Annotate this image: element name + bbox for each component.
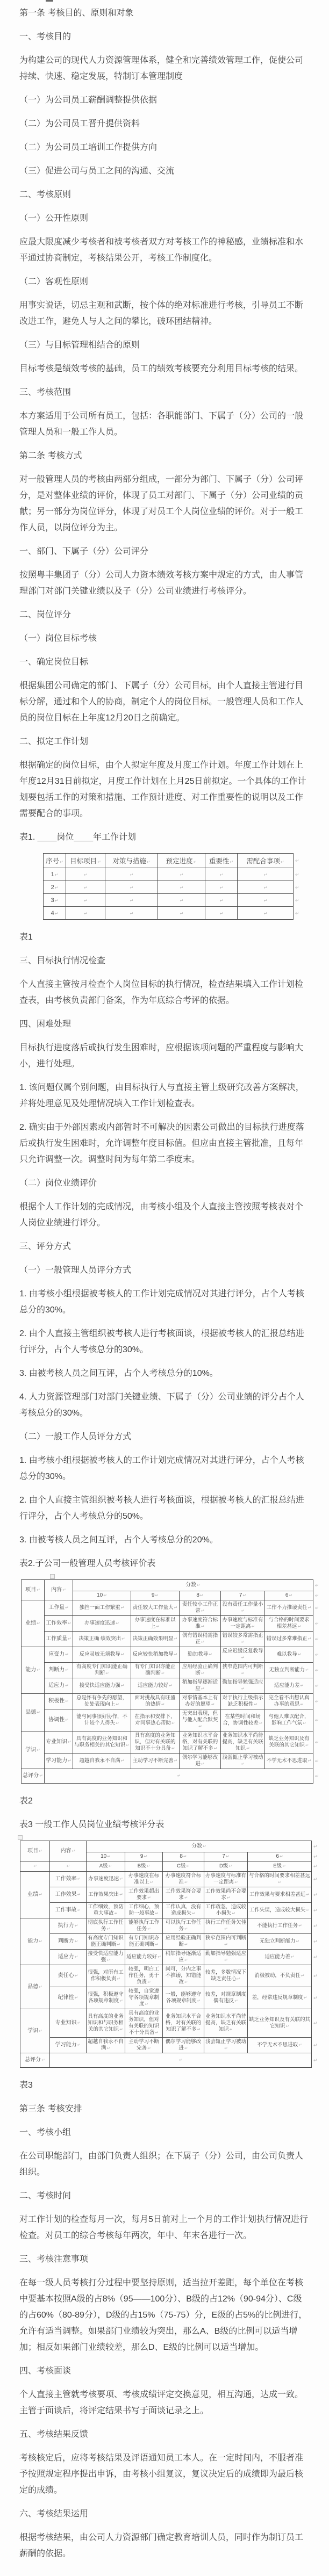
cell: 工作效果与要求相差甚远	[248, 1887, 312, 1903]
row-end-mark	[312, 1887, 319, 1903]
header-cell: 10	[73, 1591, 131, 1600]
cell: 适应能力差	[248, 1950, 312, 1965]
body-paragraph: 根据个人工作计划的完成情况，由考核小组及个人直接主管按照考核表对个人岗位业绩进行…	[19, 1199, 310, 1231]
cell: 稍加指导逐渐适应	[163, 1950, 204, 1965]
cell: 业务知识水平尚待提高，缺乏有关联知识	[204, 2009, 248, 2038]
cell: 没有责任工作量小	[221, 1600, 265, 1616]
cell: 难以教导	[265, 1647, 313, 1663]
label-cell: 工作效果	[50, 1887, 87, 1903]
body-paragraph: 根据考核结果，由公司人力资源部门确定教育培训人员，同时作为制订员工薪酬的依据。	[19, 2530, 310, 2562]
cell: 工作细心，预防一般事故	[125, 1903, 163, 1918]
cell: 执行工作任务欠佳	[204, 1918, 248, 1934]
cell: 主动学习不断完善	[125, 2038, 163, 2053]
table-row: 项目 内容 分数	[22, 1580, 321, 1591]
cell: 4	[44, 907, 66, 920]
table-row: A级 B级 C级 D级 E级	[20, 1861, 319, 1872]
cell	[105, 881, 158, 894]
cell: 对于执行上级指示缺乏积极性	[221, 1694, 265, 1709]
table-row: 工作质量 决策正确 绩效突出 决策正确效果明显 偶有错误稍需指正 错误较多常需指…	[22, 1632, 321, 1647]
row-end-mark	[294, 854, 302, 868]
row-end-mark	[312, 1987, 319, 2009]
document-page: 第一条 考核目的、原则和对象 一、考核目的 为构建公司的现代人力资源管理体系，健…	[0, 0, 329, 2576]
table-row: 能力 执行力 彻底执行工作任务 能够执行工作任务 可以执行工作任务 执行工作任务…	[20, 1918, 319, 1934]
label-cell: 应变力	[45, 1647, 73, 1663]
article-heading: 第二条 考核方式	[19, 448, 310, 464]
section-heading: 一、考核小组	[19, 2125, 310, 2141]
row-end-mark	[313, 1647, 321, 1663]
label-cell: 判断力	[50, 1934, 87, 1950]
body-paragraph: 2. 由个人直接主管组织被考核人进行考核面谈，根据被考核人的汇报总结进行评分，占…	[19, 1492, 310, 1525]
cell: 业务知识水平尚待提高，缺乏有关联知识	[221, 1731, 265, 1754]
cell: 工作效果尚不合要求	[204, 1887, 248, 1903]
row-end-mark	[313, 1754, 321, 1769]
section-heading: 三、考核注意事项	[19, 2252, 310, 2268]
cell: 勤加教导	[180, 1647, 221, 1663]
cell: 工作效果符合要求	[163, 1887, 204, 1903]
cell: 很强，积极遵守各项规章制度	[87, 1987, 125, 2009]
cell: 无突出表现，但与他人配合默契	[180, 1709, 221, 1731]
body-paragraph: 2. 确实由于外部因素或内部暂时不可解决的因素公司做出的目标执行进度落后或执行发…	[19, 1120, 310, 1168]
header-cell: 内容	[50, 1841, 87, 1861]
table-row: 学习能力 超越自我永不自满 主动学习不断完善 偶尔学习能够改进 浅尝辄止学习被动…	[20, 2038, 319, 2053]
total-label-cell: 总评分	[20, 2053, 50, 2068]
section-heading: 一、部门、下属子（分）公司评分	[19, 544, 310, 560]
row-end-mark	[294, 894, 302, 907]
cell: 工作细致，预防重大事故	[87, 1903, 125, 1918]
cell: 1	[44, 868, 66, 881]
group-cell: 业绩	[20, 1872, 50, 1918]
row-end-mark	[294, 881, 302, 894]
cell: 工作疏忽，造成较小损失	[204, 1903, 248, 1918]
row-end-mark	[312, 1950, 319, 1965]
label-cell: 学习能力	[45, 1754, 73, 1769]
grade-cell: B级	[125, 1861, 163, 1872]
header-cell: 序号	[44, 854, 66, 868]
table-row: 协调性 能与同事很好协作，不计较个人得失 在指示和安排下，对同事热心帮助 无突出…	[22, 1709, 321, 1731]
cell: 与合格的时间要求相差甚远	[248, 1872, 312, 1887]
cell: 具有高度的业务知识，但对有关联的知识不十分具备	[131, 1731, 180, 1754]
header-cell: 分数	[73, 1580, 313, 1591]
item-heading: （二）为公司员工培训工作提供方向	[19, 140, 310, 156]
cell: 3	[44, 894, 66, 907]
cell	[238, 881, 294, 894]
item-heading: （二）一般工作人员评分方式	[19, 1429, 310, 1445]
section-heading: 五、考核结果反馈	[19, 2427, 310, 2443]
group-cell: 业绩	[22, 1600, 45, 1647]
header-cell: 目标项目	[66, 854, 105, 868]
cell: 工作效果突出	[87, 1887, 125, 1903]
row-end-mark	[294, 907, 302, 920]
row-end-mark	[313, 1678, 321, 1694]
cell: 办事速度符合标准	[163, 1872, 204, 1887]
row-end-mark	[312, 1852, 319, 1861]
cell: 超越自我永不自满	[87, 2038, 125, 2053]
work-plan-table-wrap: 序号 目标项目 对策与措施 预定进度 重要性 需配合事项 1 2 3	[43, 853, 310, 920]
row-end-mark	[313, 1769, 321, 1784]
body-paragraph: 在公司职能部门，由部门负责人组织；在下属子（分）公司，由公司负责人组织。	[19, 2148, 310, 2181]
cell: 较强，明白工作任务，勇于负责	[125, 1965, 163, 1987]
cell	[205, 881, 238, 894]
label-cell: 判断力	[45, 1663, 73, 1678]
cell: 稍加指导逐渐适应	[180, 1678, 221, 1694]
body-paragraph: 目标考核是绩效考核的基础，员工的绩效考核要充分利用目标考核的结果。	[19, 361, 310, 377]
cell: 办事速度与标准有一定距离	[204, 1872, 248, 1887]
table-row: 总评分	[20, 2053, 319, 2068]
table-row: 学识 专业知识 具有高度的业务知识和与职务相关的其它知识 具有高度的业务知识，但…	[20, 2009, 319, 2038]
item-heading: （二）岗位业绩评价	[19, 1175, 310, 1192]
cell: 决策正确效果明显	[131, 1632, 180, 1647]
cell: 较差，多数情况下缺乏责任心	[204, 1965, 248, 1987]
cell: 主动学习不断完善	[131, 1754, 180, 1769]
cell: 有高度专门知识能正确判断	[73, 1663, 131, 1678]
cell: 可以执行工作任务	[163, 1918, 204, 1934]
cell	[20, 1861, 50, 1872]
row-end-mark	[312, 1872, 319, 1887]
header-cell: 内容	[45, 1580, 73, 1600]
section-heading: 二、岗位评分	[19, 607, 310, 623]
item-heading: （三）促进公司与员工之间的沟通、交流	[19, 163, 310, 179]
cell: 超越自我永不自满	[73, 1754, 131, 1769]
body-paragraph: 为构建公司的现代人力资源管理体系，健全和完善绩效管理工作，促使公司持续、快速、稳…	[19, 53, 310, 85]
cell: 有高度专门知识能正确判断	[87, 1934, 125, 1950]
cell: 工作失误，造成较大损失	[248, 1903, 312, 1918]
cell	[66, 881, 105, 894]
cell: 具有高度的业务知识和与职务相关的其它知识	[73, 1731, 131, 1754]
cell: 办事速度迅速	[73, 1616, 131, 1632]
label-cell: 纪律性	[50, 1987, 87, 2009]
grade-cell: D级	[204, 1861, 248, 1872]
cell: 办事速度在标准以上	[125, 1872, 163, 1887]
cell: 一般，能够遵守各项规章制度	[163, 1987, 204, 2009]
cell: 应用经验正确判断	[163, 1934, 204, 1950]
cell	[158, 907, 205, 920]
total-value-cell	[50, 2053, 312, 2068]
table-row: 学习能力 超越自我永不自满 主动学习不断完善 偶尔学习能够改进 浅尝辄止学习被动…	[22, 1754, 321, 1769]
cell: 完全看不出想认真办事的意思	[265, 1694, 313, 1709]
body-paragraph: 根据确定的岗位目标，由个人拟定年度及月度工作计划。年度工作计划在上年度12月31…	[19, 757, 310, 822]
label-cell: 工作量	[45, 1600, 73, 1616]
section-heading: 三、考核范围	[19, 385, 310, 401]
cell: 尚可，分内之事不推诿，知错能改	[163, 1965, 204, 1987]
header-cell: 需配合事项	[238, 854, 294, 868]
header-cell: 对策与措施	[105, 854, 158, 868]
cell: 工作不力推诿责任	[265, 1600, 313, 1616]
cell: 与他人难以配合，影响工作气氛	[265, 1709, 313, 1731]
cell: 不能执行工作任务	[248, 1918, 312, 1934]
section-heading: 三、评分方式	[19, 1239, 310, 1255]
cell: 彻底执行工作任务	[87, 1918, 125, 1934]
cell	[238, 907, 294, 920]
cell: 总是怀有争先的愿望，处处表现向上	[73, 1694, 131, 1709]
header-cell: 分数	[87, 1841, 312, 1852]
label-cell: 适应力	[50, 1950, 87, 1965]
cell	[66, 894, 105, 907]
cell: 反应迟缓反复教导	[221, 1647, 265, 1663]
table-row: 1	[44, 868, 302, 881]
row-end-mark	[313, 1632, 321, 1647]
table-row: 纪律性 很强，积极遵守各项规章制度 较强，自觉遵守各项规章制度 一般，能够遵守各…	[20, 1987, 319, 2009]
label-cell: 工作事故	[50, 1903, 87, 1918]
cell: 勤加指导勉强适应	[221, 1678, 265, 1694]
cell: 办事速度迅速	[87, 1872, 125, 1887]
work-plan-table: 序号 目标项目 对策与措施 预定进度 重要性 需配合事项 1 2 3	[43, 853, 302, 920]
body-paragraph: 考核核定后，应将考核结果及评语通知员工本人。在一定时间内，不服者准予按照规定程序…	[19, 2450, 310, 2499]
body-paragraph: 本方案适用于公司所有员工，包括：各职能部门、下属子（分）公司的一般管理人员和一般…	[19, 408, 310, 441]
cell: 在指示和安排下，对同事热心帮助	[131, 1709, 180, 1731]
table-caption: 表2	[19, 1793, 310, 1809]
row-end-mark	[312, 2038, 319, 2053]
row-end-mark	[312, 1965, 319, 1987]
table-row: 判断力 有高度专门知识能正确判断 有专门知识亦能正确判断 应用经验正确判断 狭窄…	[22, 1663, 321, 1678]
cell	[238, 868, 294, 881]
header-cell: 6	[248, 1852, 312, 1861]
label-cell: 工作效率	[45, 1616, 73, 1632]
cell: 在某些时间和场合，协调性较差	[221, 1709, 265, 1731]
header-cell: 6	[265, 1591, 313, 1600]
table-row: 业绩 工作量 独挡一面工作繁重 责任较大工作量大 责任较小工作正常 没有责任工作…	[22, 1600, 321, 1616]
table-caption: 表1	[19, 929, 310, 946]
cell: 浅尝辄止学习被动	[204, 2038, 248, 2053]
header-cell: 10	[87, 1852, 125, 1861]
cell: 较强，自觉遵守各项规章制度	[125, 1987, 163, 2009]
cell: 具有高度的业务知识，但对有关联的知识不十分具备	[125, 2009, 163, 2038]
cell: 工作认真，没有造成损失	[163, 1903, 204, 1918]
row-end-mark	[313, 1600, 321, 1616]
row-end-mark	[312, 2053, 319, 2068]
cell: 应用经验正确判断	[180, 1663, 221, 1678]
label-cell: 工作效率	[50, 1872, 87, 1887]
table-anchor-icon	[50, 1574, 55, 1579]
cell	[50, 1861, 87, 1872]
cell: 不学无术不思进取	[265, 1754, 313, 1769]
table-row: 适应力 接受快适应能力强 适应能力较好 稍加指导逐渐适应 勤加指导勉强适应 适应…	[22, 1678, 321, 1694]
label-cell: 执行力	[50, 1918, 87, 1934]
body-paragraph: 用事实说话，切忌主观和武断，按个体的绝对标准进行考核，引导员工不断改进工作，避免…	[19, 298, 310, 330]
cell	[105, 907, 158, 920]
item-heading: （一）岗位目标考核	[19, 631, 310, 647]
table-row: 品德 责任心 很强，对所有工作积极负责 较强，明白工作任务，勇于负责 尚可，分内…	[20, 1965, 319, 1987]
body-paragraph: 4. 人力资源管理部门对部门关键业绩、下属子（分）公司业绩的评分占个人考核总分的…	[19, 1389, 310, 1422]
label-cell: 适应力	[45, 1678, 73, 1694]
header-cell: 项目	[22, 1580, 45, 1600]
table-row: 序号 目标项目 对策与措施 预定进度 重要性 需配合事项	[44, 854, 302, 868]
cell: 与合格的时间要求相差甚远	[265, 1616, 313, 1632]
cell: 2	[44, 881, 66, 894]
section-heading: 四、困难处理	[19, 1016, 310, 1033]
item-heading: （二）客观性原则	[19, 274, 310, 290]
manager-eval-table-wrap: 项目 内容 分数 10 9 8 7 6 业绩 工作量 独挡一面工作繁重 责任较大…	[21, 1579, 310, 1784]
cell: 能与同事很好协作，不计较个人得失	[73, 1709, 131, 1731]
cell: 责任较小工作正常	[180, 1600, 221, 1616]
body-paragraph: 应最大限度减少考核者和被考核者双方对考核工作的神秘感，业绩标准和水平通过协商制定…	[19, 234, 310, 266]
body-paragraph: 根据集团公司确定的部门、下属子（分）公司目标，由个人直接主管进行目标分解，通过和…	[19, 678, 310, 726]
body-paragraph: 1. 由考核小组根据被考核人的工作计划完成情况对其进行评分，占个人考核总分的30…	[19, 1286, 310, 1318]
table-row: 3	[44, 894, 302, 907]
section-heading: 六、考核结果运用	[19, 2506, 310, 2522]
cell: 差，经常违反规章制度	[248, 1987, 312, 2009]
section-heading: 一、确定岗位目标	[19, 654, 310, 670]
cell: 狭窄范围内可判断	[204, 1934, 248, 1950]
label-cell: 专业知识	[45, 1731, 73, 1754]
table-row: 学识 专业知识 具有高度的业务知识和与职务相关的其它知识 具有高度的业务知识，但…	[22, 1731, 321, 1754]
header-cell: 7	[221, 1591, 265, 1600]
row-end-mark	[312, 1918, 319, 1934]
total-value-cell	[45, 1769, 313, 1784]
cell	[158, 881, 205, 894]
grade-cell: A级	[87, 1861, 125, 1872]
cell	[66, 868, 105, 881]
section-heading: 二、考核时间	[19, 2188, 310, 2204]
cell: 适应能力较好	[125, 1950, 163, 1965]
cell: 接受快适应能力强	[73, 1678, 131, 1694]
item-heading: （一）公开性原则	[19, 211, 310, 227]
group-cell: 品德	[22, 1694, 45, 1731]
cell: 不学无术不思进取	[248, 2038, 312, 2053]
row-end-mark	[313, 1731, 321, 1754]
cell: 适应能力差	[265, 1678, 313, 1694]
section-heading: 一、考核目的	[19, 29, 310, 45]
row-end-mark	[312, 1841, 319, 1852]
cell: 具有高度的业务知识和与职务相关的其它知识	[87, 2009, 125, 2038]
label-cell: 学习能力	[50, 2038, 87, 2053]
cell: 面对挑战具有旺盛的热情	[131, 1694, 180, 1709]
cell	[105, 894, 158, 907]
table-row: 项目 内容 分数	[20, 1841, 319, 1852]
cell: 有专门知识亦能正确判断	[131, 1663, 180, 1678]
cell: 偶尔学习能够改进	[180, 1754, 221, 1769]
body-paragraph: 个人直接主管就考核要项、考核成绩评定交换意见，相互沟通，达成一致。主管于面谈后，…	[19, 2387, 310, 2419]
cell: 办事速度与标准有一定距离	[221, 1616, 265, 1632]
body-paragraph: 在每一级人员考核打分过程中要坚持原则，适当拉开差距，每个单位在考核中要基本按照A…	[19, 2275, 310, 2356]
cell: 业务知识水平合格，对有关联的知识了解不多	[180, 1731, 221, 1754]
body-paragraph: 个人直接主管按月检查个人岗位目标的执行情况，检查结果填入工作计划检查表，由考核负…	[19, 977, 310, 1009]
total-label-cell: 总评分	[22, 1769, 45, 1784]
row-end-mark	[312, 1903, 319, 1918]
label-cell: 协调性	[45, 1709, 73, 1731]
cell: 错误较多常需指正	[221, 1632, 265, 1647]
cell: 狭窄范围内可判断	[221, 1663, 265, 1678]
table-row: 品德 积极性 总是怀有争先的愿望，处处表现向上 面对挑战具有旺盛的热情 对事情基…	[22, 1694, 321, 1709]
section-heading: 二、考核原则	[19, 187, 310, 203]
cell: 浅尝辄止学习被动	[221, 1754, 265, 1769]
row-end-mark	[312, 1934, 319, 1950]
section-heading: 三、目标执行情况检查	[19, 953, 310, 969]
staff-eval-table: 项目 内容 分数 10 9 8 7 6 A级 B级 C级 D级 E级	[20, 1841, 319, 2068]
body-paragraph: 按照粤丰集团子（分）公司人力资本绩效考核方案中规定的方式，由人事管理部门对部门关…	[19, 567, 310, 600]
header-cell: 预定进度	[158, 854, 205, 868]
body-paragraph: 1. 由考核小组根据被考核人的工作计划完成情况对其进行评分，占个人考核总分的30…	[19, 1453, 310, 1485]
cell: 办事速度在标准以上	[131, 1616, 180, 1632]
table-row: 适应力 接受快适应能力强 适应能力较好 稍加指导逐渐适应 勤加指导勉强适应 适应…	[20, 1950, 319, 1965]
cell: 错误过多常难指正	[265, 1632, 313, 1647]
cell: 偶有错误稍需指正	[180, 1632, 221, 1647]
group-cell: 品德	[20, 1965, 50, 2009]
header-cell: 7	[204, 1852, 248, 1861]
cell	[66, 907, 105, 920]
header-cell: 8	[180, 1591, 221, 1600]
group-cell: 学识	[22, 1731, 45, 1769]
row-end-mark	[313, 1694, 321, 1709]
cell: 反应灵敏无须教导	[73, 1647, 131, 1663]
header-cell: 重要性	[205, 854, 238, 868]
row-end-mark	[313, 1616, 321, 1632]
cell	[105, 868, 158, 881]
table-row: 工作效率 办事速度迅速 办事速度在标准以上 办事速度符合标准 办事速度与标准有一…	[22, 1616, 321, 1632]
staff-eval-table-wrap: 项目 内容 分数 10 9 8 7 6 A级 B级 C级 D级 E级	[20, 1841, 310, 2068]
table-row: 能力 应变力 反应灵敏无须教导 反应较快稍加教导 勤加教导 反应迟缓反复教导 难…	[22, 1647, 321, 1663]
grade-cell: C级	[163, 1861, 204, 1872]
cell	[205, 868, 238, 881]
cell: 工作效果超出要求	[125, 1887, 163, 1903]
table-row: 工作效果 工作效果突出 工作效果超出要求 工作效果符合要求 工作效果尚不合要求 …	[20, 1887, 319, 1903]
grade-cell: E级	[248, 1861, 312, 1872]
row-end-mark	[312, 2009, 319, 2038]
cell	[238, 894, 294, 907]
table-caption: 表1. ____岗位____年工作计划	[19, 829, 310, 846]
cell: 责任较大工作量大	[131, 1600, 180, 1616]
group-cell: 能力	[22, 1647, 45, 1694]
section-heading: 二、拟定工作计划	[19, 734, 310, 750]
cell: 决策正确 绩效突出	[73, 1632, 131, 1647]
cell	[158, 894, 205, 907]
table-row: 4	[44, 907, 302, 920]
cell: 反应较快稍加教导	[131, 1647, 180, 1663]
table-row: 业绩 工作效率 办事速度迅速 办事速度在标准以上 办事速度符合标准 办事速度与标…	[20, 1872, 319, 1887]
cell	[205, 907, 238, 920]
cell: 独挡一面工作繁重	[73, 1600, 131, 1616]
group-cell: 学识	[20, 2009, 50, 2053]
header-cell: 9	[125, 1852, 163, 1861]
item-heading: （三）与目标管理相结合的原则	[19, 337, 310, 353]
table-row: 总评分	[22, 1769, 321, 1784]
group-cell: 能力	[20, 1918, 50, 1965]
item-heading: （一）一般管理人员评分方式	[19, 1262, 310, 1279]
row-end-mark	[313, 1663, 321, 1678]
row-end-mark	[294, 868, 302, 881]
label-cell: 责任心	[50, 1965, 87, 1987]
cell: 偶尔学习能够改进	[163, 2038, 204, 2053]
cell: 较差，对规章制度偶有违反	[204, 1987, 248, 2009]
table-caption: 表2.子公司一般管理人员考核评价表	[19, 1556, 310, 1572]
item-heading: （二）为公司员工晋升提供资料	[19, 116, 310, 132]
body-paragraph: 3. 由被考核人员之间互评，占个人考核总分的20%。	[19, 1532, 310, 1548]
article-heading: 第一条 考核目的、原则和对象	[19, 5, 310, 21]
label-cell: 工作质量	[45, 1632, 73, 1647]
cell: 对事情基本上有办好的愿望	[180, 1694, 221, 1709]
row-end-mark	[313, 1580, 321, 1591]
header-cell: 8	[163, 1852, 204, 1861]
item-heading: （一）为公司员工薪酬调整提供依据	[19, 92, 310, 109]
row-end-mark	[313, 1591, 321, 1600]
section-heading: 四、考核面谈	[19, 2363, 310, 2379]
body-paragraph: 对工作计划的检查每月一次，每月5日前对上一个月的工作计划执行情况进行检查。对员工…	[19, 2212, 310, 2244]
cell: 勤加指导勉强适应	[204, 1950, 248, 1965]
cell	[205, 894, 238, 907]
body-paragraph: 3. 由被考核人员之间互评，占个人考核总分的10%。	[19, 1366, 310, 1382]
cell: 很强，对所有工作积极负责	[87, 1965, 125, 1987]
table-caption: 表3 一般工作人员岗位业绩考核评分表	[19, 1817, 310, 1833]
table-caption: 表3	[19, 2077, 310, 2094]
cell: 无独立判断能力	[248, 1934, 312, 1950]
header-cell: 9	[131, 1591, 180, 1600]
row-end-mark	[313, 1709, 321, 1731]
cell: 能够执行工作任务	[125, 1918, 163, 1934]
cell	[158, 868, 205, 881]
table-row: 判断力 有高度专门知识能正确判断 有专门知识亦能正确判断 应用经验正确判断 狭窄…	[20, 1934, 319, 1950]
cell: 缺乏业务知识及有关联的其它知识	[248, 2009, 312, 2038]
body-paragraph: 对一般管理人员的考核由两部分组成，一部分为部门、下属子（分）公司评分，是对整体业…	[19, 472, 310, 536]
cell: 办事速度符合标准	[180, 1616, 221, 1632]
